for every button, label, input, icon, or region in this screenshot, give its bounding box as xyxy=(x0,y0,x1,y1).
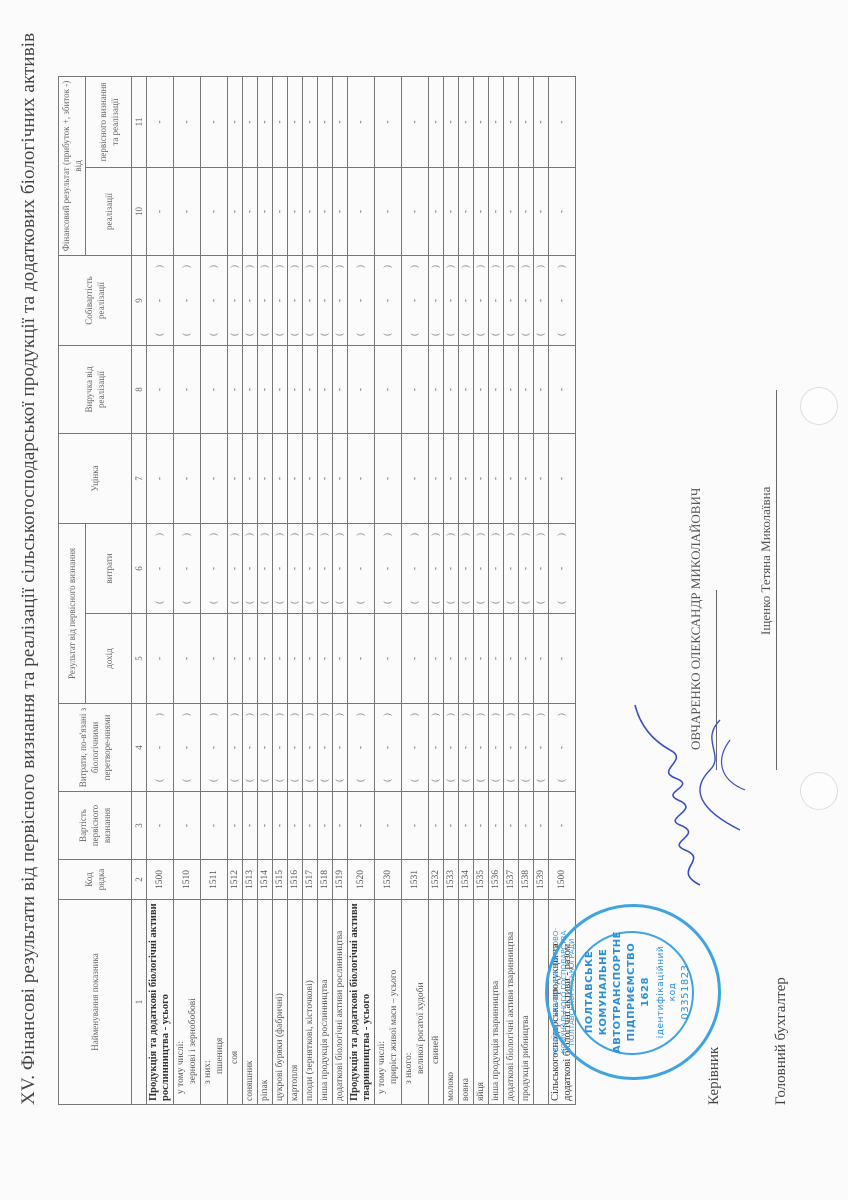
cell-value: (-) xyxy=(534,255,549,345)
cell-value: - xyxy=(348,345,375,433)
row-code: 1531 xyxy=(402,860,429,900)
cell-value: - xyxy=(303,167,318,255)
row-code: 1535 xyxy=(474,860,489,900)
cell-value: (-) xyxy=(258,523,273,613)
accountant-signature-line xyxy=(776,390,777,770)
cell-value: - xyxy=(519,792,534,860)
cell-value: - xyxy=(429,345,444,433)
cell-value: - xyxy=(474,614,489,704)
cell-value: (-) xyxy=(174,523,201,613)
row-name: плоди (зерняткові, кісточкові) xyxy=(303,900,318,1105)
cell-value: (-) xyxy=(348,255,375,345)
cell-value: - xyxy=(459,345,474,433)
stamp-line-6: ідентифікаційний xyxy=(656,907,666,1077)
row-name: молоко xyxy=(444,900,459,1105)
table-row: вовна1534-(-)-(-)--(-)-- xyxy=(459,76,474,1104)
row-code: 1533 xyxy=(444,860,459,900)
cell-value: - xyxy=(288,792,303,860)
cell-value: - xyxy=(228,345,243,433)
cell-value: (-) xyxy=(201,255,228,345)
cell-value: - xyxy=(333,792,348,860)
cell-value: - xyxy=(534,76,549,167)
cell-value: - xyxy=(288,433,303,523)
cell-value: (-) xyxy=(303,523,318,613)
cell-value: - xyxy=(147,167,174,255)
cell-value: - xyxy=(375,76,402,167)
table-row: свиней1532-(-)-(-)--(-)-- xyxy=(429,76,444,1104)
cell-value: - xyxy=(288,345,303,433)
header-name: Найменування показника xyxy=(59,900,132,1105)
cell-value: - xyxy=(534,792,549,860)
cell-value: - xyxy=(174,433,201,523)
cell-value: - xyxy=(318,167,333,255)
header-markdown: Уцінка xyxy=(59,433,132,523)
cell-value: (-) xyxy=(273,523,288,613)
cell-value: - xyxy=(549,792,576,860)
cell-value: - xyxy=(549,76,576,167)
cell-value: - xyxy=(429,792,444,860)
row-name: з нього:великої рогатої худоби xyxy=(402,900,429,1105)
cell-value: - xyxy=(333,167,348,255)
row-code: 1532 xyxy=(429,860,444,900)
cell-value: - xyxy=(534,614,549,704)
cell-value: - xyxy=(489,345,504,433)
cell-value: - xyxy=(258,345,273,433)
cell-value: - xyxy=(474,433,489,523)
cell-value: - xyxy=(444,792,459,860)
cell-value: - xyxy=(429,433,444,523)
punch-hole xyxy=(800,772,838,810)
cell-value: - xyxy=(519,345,534,433)
cell-value: - xyxy=(333,345,348,433)
cell-value: (-) xyxy=(549,255,576,345)
cell-value: - xyxy=(147,433,174,523)
cell-value: - xyxy=(333,76,348,167)
cell-value: (-) xyxy=(459,704,474,792)
cell-value: (-) xyxy=(288,523,303,613)
cell-value: - xyxy=(258,167,273,255)
cell-value: - xyxy=(402,345,429,433)
cell-value: - xyxy=(444,167,459,255)
table-row: з них:пшениця1511-(-)-(-)--(-)-- xyxy=(201,76,228,1104)
table-row: картопля1516-(-)-(-)--(-)-- xyxy=(288,76,303,1104)
header-fin-result-group: Фінансовий результат (прибуток +, збиток… xyxy=(59,76,86,255)
cell-value: - xyxy=(201,433,228,523)
cell-value: (-) xyxy=(318,704,333,792)
cell-value: (-) xyxy=(243,704,258,792)
accountant-label: Головний бухгалтер xyxy=(773,977,790,1105)
column-number: 3 xyxy=(132,792,147,860)
cell-value: - xyxy=(303,792,318,860)
cell-value: - xyxy=(504,433,519,523)
handwritten-signature xyxy=(630,700,750,890)
cell-value: (-) xyxy=(375,255,402,345)
row-code: 1511 xyxy=(201,860,228,900)
cell-value: (-) xyxy=(228,255,243,345)
cell-value: (-) xyxy=(333,523,348,613)
cell-value: - xyxy=(288,76,303,167)
header-initial-value: Вартість первісного визнання xyxy=(59,792,132,860)
cell-value: (-) xyxy=(519,523,534,613)
row-name: цукрові буряки (фабричні) xyxy=(273,900,288,1105)
row-code: 1517 xyxy=(303,860,318,900)
financial-results-table: Найменування показника Код рядка Вартіст… xyxy=(58,76,576,1105)
stamp-line-2: КОМУНАЛЬНЕ xyxy=(598,907,609,1077)
table-row: додаткові біологічні активи тваринництва… xyxy=(504,76,519,1104)
cell-value: (-) xyxy=(489,255,504,345)
cell-value: - xyxy=(243,76,258,167)
cell-value: (-) xyxy=(318,523,333,613)
row-code: 1515 xyxy=(273,860,288,900)
cell-value: - xyxy=(318,76,333,167)
cell-value: (-) xyxy=(504,523,519,613)
cell-value: - xyxy=(429,76,444,167)
cell-value: - xyxy=(147,614,174,704)
row-name: яйця xyxy=(474,900,489,1105)
cell-value: (-) xyxy=(402,523,429,613)
row-name: свиней xyxy=(429,900,444,1105)
cell-value: - xyxy=(201,76,228,167)
stamp-line-7: код xyxy=(668,907,678,1077)
cell-value: (-) xyxy=(228,523,243,613)
cell-value: - xyxy=(243,792,258,860)
cell-value: (-) xyxy=(258,255,273,345)
row-name: соя xyxy=(228,900,243,1105)
header-costs-bio: Витрати, по-в'язані з біологічними перет… xyxy=(59,704,132,792)
cell-value: (-) xyxy=(147,523,174,613)
cell-value: - xyxy=(243,345,258,433)
cell-value: - xyxy=(402,792,429,860)
cell-value: - xyxy=(459,614,474,704)
row-name: інша продукція рослинництва xyxy=(318,900,333,1105)
cell-value: (-) xyxy=(174,255,201,345)
cell-value: - xyxy=(258,76,273,167)
cell-value: (-) xyxy=(402,255,429,345)
cell-value: - xyxy=(489,433,504,523)
cell-value: (-) xyxy=(534,523,549,613)
cell-value: - xyxy=(489,167,504,255)
cell-value: (-) xyxy=(489,704,504,792)
table-row: цукрові буряки (фабричні)1515-(-)-(-)--(… xyxy=(273,76,288,1104)
cell-value: - xyxy=(243,167,258,255)
cell-value: (-) xyxy=(474,704,489,792)
cell-value: - xyxy=(333,614,348,704)
column-number: 2 xyxy=(132,860,147,900)
cell-value: (-) xyxy=(243,255,258,345)
cell-value: - xyxy=(504,76,519,167)
cell-value: (-) xyxy=(273,704,288,792)
cell-value: (-) xyxy=(348,704,375,792)
cell-value: - xyxy=(258,614,273,704)
cell-value: - xyxy=(348,792,375,860)
cell-value: (-) xyxy=(333,255,348,345)
cell-value: - xyxy=(333,433,348,523)
stamp-line-8: 03351823 xyxy=(680,907,691,1077)
row-name: Продукція та додаткові біологічні активи… xyxy=(348,900,375,1105)
table-row: продукція рибництва1538-(-)-(-)--(-)-- xyxy=(519,76,534,1104)
column-number: 6 xyxy=(132,523,147,613)
cell-value: (-) xyxy=(474,255,489,345)
cell-value: - xyxy=(348,76,375,167)
stamp-line-3: АВТОТРАНСПОРТНЕ xyxy=(612,907,623,1077)
cell-value: - xyxy=(228,167,243,255)
row-code: 1537 xyxy=(504,860,519,900)
cell-value: - xyxy=(201,345,228,433)
cell-value: (-) xyxy=(474,523,489,613)
table-row: соняшник1513-(-)-(-)--(-)-- xyxy=(243,76,258,1104)
cell-value: - xyxy=(273,167,288,255)
row-code: 1536 xyxy=(489,860,504,900)
head-label: Керівник xyxy=(706,1047,723,1105)
cell-value: - xyxy=(273,345,288,433)
table-row: плоди (зерняткові, кісточкові)1517-(-)-(… xyxy=(303,76,318,1104)
cell-value: - xyxy=(459,433,474,523)
cell-value: - xyxy=(474,345,489,433)
cell-value: - xyxy=(303,345,318,433)
cell-value: - xyxy=(303,614,318,704)
cell-value: - xyxy=(489,76,504,167)
cell-value: - xyxy=(273,792,288,860)
cell-value: (-) xyxy=(375,523,402,613)
cell-value: - xyxy=(474,167,489,255)
cell-value: - xyxy=(174,792,201,860)
cell-value: - xyxy=(147,76,174,167)
page-title: XV. Фінансові результати від первісного … xyxy=(18,33,40,1105)
cell-value: (-) xyxy=(348,523,375,613)
cell-value: (-) xyxy=(375,704,402,792)
cell-value: - xyxy=(375,614,402,704)
row-code: 1512 xyxy=(228,860,243,900)
stamp-line-5: 1628 xyxy=(640,907,651,1077)
cell-value: - xyxy=(504,792,519,860)
cell-value: - xyxy=(318,433,333,523)
cell-value: - xyxy=(459,76,474,167)
cell-value: (-) xyxy=(504,704,519,792)
cell-value: - xyxy=(273,76,288,167)
cell-value: (-) xyxy=(459,523,474,613)
cell-value: - xyxy=(402,433,429,523)
cell-value: (-) xyxy=(258,704,273,792)
column-number: 9 xyxy=(132,255,147,345)
cell-value: - xyxy=(174,614,201,704)
cell-value: - xyxy=(258,433,273,523)
cell-value: - xyxy=(549,345,576,433)
cell-value: - xyxy=(549,167,576,255)
cell-value: - xyxy=(288,614,303,704)
header-fin-sales: реалізації xyxy=(86,167,132,255)
table-row: соя1512-(-)-(-)--(-)-- xyxy=(228,76,243,1104)
row-name: у тому числі:зернові і зернобобові xyxy=(174,900,201,1105)
row-name: інша продукція тваринництва xyxy=(489,900,504,1105)
cell-value: - xyxy=(444,614,459,704)
cell-value: (-) xyxy=(273,255,288,345)
header-cost-of-sales: Собівартість реалізації xyxy=(59,255,132,345)
row-name: соняшник xyxy=(243,900,258,1105)
cell-value: - xyxy=(444,433,459,523)
cell-value: - xyxy=(429,167,444,255)
cell-value: (-) xyxy=(444,523,459,613)
cell-value: (-) xyxy=(228,704,243,792)
cell-value: - xyxy=(243,614,258,704)
table-row: у тому числі:зернові і зернобобові1510-(… xyxy=(174,76,201,1104)
row-code: 1534 xyxy=(459,860,474,900)
cell-value: (-) xyxy=(201,523,228,613)
cell-value: - xyxy=(147,792,174,860)
cell-value: - xyxy=(201,614,228,704)
cell-value: - xyxy=(504,345,519,433)
row-name: картопля xyxy=(288,900,303,1105)
cell-value: (-) xyxy=(549,704,576,792)
column-number: 5 xyxy=(132,614,147,704)
column-number: 1 xyxy=(132,900,147,1105)
cell-value: - xyxy=(375,167,402,255)
row-name: вовна xyxy=(459,900,474,1105)
table-row: інша продукція рослинництва1518-(-)-(-)-… xyxy=(318,76,333,1104)
cell-value: (-) xyxy=(147,255,174,345)
cell-value: (-) xyxy=(519,255,534,345)
cell-value: - xyxy=(504,167,519,255)
stamp-line-1: ПОЛТАВСЬКЕ xyxy=(584,907,595,1077)
header-expenses: витрати xyxy=(86,523,132,613)
cell-value: (-) xyxy=(288,255,303,345)
cell-value: - xyxy=(228,792,243,860)
table-row: додаткові біологічні активи рослинництва… xyxy=(333,76,348,1104)
cell-value: - xyxy=(402,614,429,704)
row-name: продукція рибництва xyxy=(519,900,534,1105)
cell-value: - xyxy=(534,433,549,523)
cell-value: - xyxy=(519,167,534,255)
cell-value: - xyxy=(273,433,288,523)
cell-value: - xyxy=(519,614,534,704)
column-number: 8 xyxy=(132,345,147,433)
cell-value: - xyxy=(288,167,303,255)
cell-value: (-) xyxy=(288,704,303,792)
cell-value: - xyxy=(243,433,258,523)
header-code: Код рядка xyxy=(59,860,132,900)
table-row: Продукція та додаткові біологічні активи… xyxy=(147,76,174,1104)
row-name: додаткові біологічні активи тваринництва xyxy=(504,900,519,1105)
cell-value: (-) xyxy=(303,704,318,792)
column-number: 11 xyxy=(132,76,147,167)
cell-value: - xyxy=(375,792,402,860)
header-revenue: Виручка від реалізації xyxy=(59,345,132,433)
cell-value: - xyxy=(228,614,243,704)
cell-value: - xyxy=(348,433,375,523)
cell-value: (-) xyxy=(147,704,174,792)
company-stamp: УКРАЇНА • УПРАВЛІННЯ ЖИТЛОВО-КОМУНАЛЬНОГ… xyxy=(545,904,721,1080)
cell-value: - xyxy=(519,76,534,167)
cell-value: (-) xyxy=(444,704,459,792)
table-body: Продукція та додаткові біологічні активи… xyxy=(147,76,576,1104)
cell-value: (-) xyxy=(333,704,348,792)
row-code: 1538 xyxy=(519,860,534,900)
cell-value: - xyxy=(201,792,228,860)
row-code: 1530 xyxy=(375,860,402,900)
cell-value: (-) xyxy=(243,523,258,613)
cell-value: - xyxy=(318,345,333,433)
cell-value: (-) xyxy=(429,255,444,345)
table-row: інша продукція тваринництва1536-(-)-(-)-… xyxy=(489,76,504,1104)
table-row: 1539-(-)-(-)--(-)-- xyxy=(534,76,549,1104)
cell-value: (-) xyxy=(429,523,444,613)
row-code: 1518 xyxy=(318,860,333,900)
cell-value: (-) xyxy=(201,704,228,792)
cell-value: - xyxy=(228,433,243,523)
cell-value: - xyxy=(273,614,288,704)
header-result-group: Результат від первісного визнання xyxy=(59,523,86,703)
cell-value: (-) xyxy=(549,523,576,613)
accountant-name: Іщенко Тетяна Миколаївна xyxy=(758,487,774,635)
cell-value: - xyxy=(519,433,534,523)
row-code: 1519 xyxy=(333,860,348,900)
cell-value: (-) xyxy=(504,255,519,345)
report-page: XV. Фінансові результати від первісного … xyxy=(0,0,848,1200)
cell-value: - xyxy=(402,167,429,255)
cell-value: (-) xyxy=(459,255,474,345)
cell-value: - xyxy=(489,792,504,860)
cell-value: - xyxy=(375,433,402,523)
cell-value: - xyxy=(549,614,576,704)
cell-value: - xyxy=(459,792,474,860)
table-row: молоко1533-(-)-(-)--(-)-- xyxy=(444,76,459,1104)
table-row: яйця1535-(-)-(-)--(-)-- xyxy=(474,76,489,1104)
table-row: у тому числі:приріст живої маси – усього… xyxy=(375,76,402,1104)
cell-value: (-) xyxy=(174,704,201,792)
header-income: дохід xyxy=(86,614,132,704)
cell-value: - xyxy=(303,433,318,523)
cell-value: (-) xyxy=(489,523,504,613)
row-code: 1520 xyxy=(348,860,375,900)
cell-value: - xyxy=(489,614,504,704)
row-name: з них:пшениця xyxy=(201,900,228,1105)
cell-value: (-) xyxy=(402,704,429,792)
cell-value: - xyxy=(474,792,489,860)
cell-value: - xyxy=(534,167,549,255)
header-fin-initial-sales: первісного визнання та реалізації xyxy=(86,76,132,167)
row-code: 1513 xyxy=(243,860,258,900)
row-code: 1516 xyxy=(288,860,303,900)
cell-value: - xyxy=(459,167,474,255)
cell-value: - xyxy=(444,76,459,167)
row-code: 1500 xyxy=(147,860,174,900)
cell-value: (-) xyxy=(519,704,534,792)
cell-value: (-) xyxy=(318,255,333,345)
cell-value: - xyxy=(504,614,519,704)
cell-value: - xyxy=(258,792,273,860)
row-name: ріпак xyxy=(258,900,273,1105)
cell-value: - xyxy=(147,345,174,433)
row-code: 1500 xyxy=(549,860,576,900)
cell-value: - xyxy=(534,345,549,433)
cell-value: - xyxy=(348,167,375,255)
cell-value: - xyxy=(318,614,333,704)
cell-value: - xyxy=(375,345,402,433)
cell-value: - xyxy=(201,167,228,255)
cell-value: (-) xyxy=(534,704,549,792)
cell-value: - xyxy=(444,345,459,433)
column-number: 4 xyxy=(132,704,147,792)
cell-value: - xyxy=(474,76,489,167)
row-code: 1514 xyxy=(258,860,273,900)
row-code: 1510 xyxy=(174,860,201,900)
column-numbers-row: 1234567891011 xyxy=(132,76,147,1104)
row-name: у тому числі:приріст живої маси – усього xyxy=(375,900,402,1105)
table-row: Продукція та додаткові біологічні активи… xyxy=(348,76,375,1104)
cell-value: - xyxy=(318,792,333,860)
cell-value: - xyxy=(549,433,576,523)
cell-value: - xyxy=(174,345,201,433)
cell-value: - xyxy=(348,614,375,704)
